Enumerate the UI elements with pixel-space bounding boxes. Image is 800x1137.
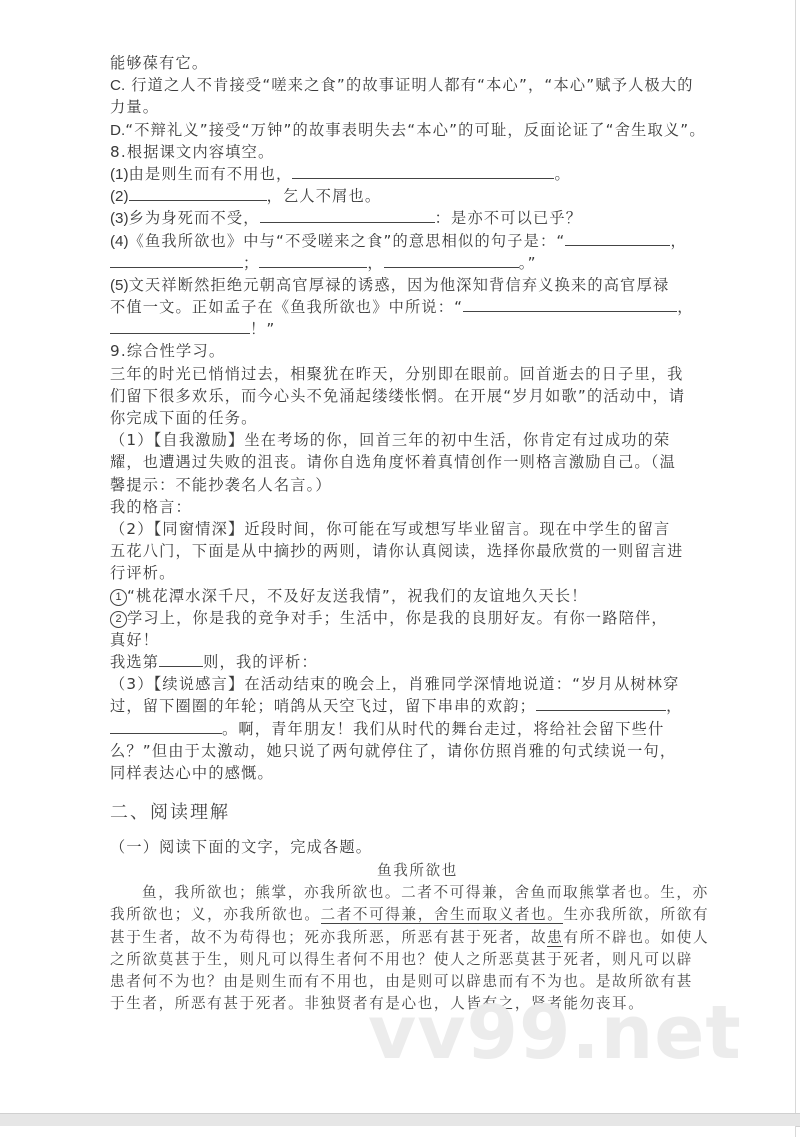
- passage-text: 我所欲也；义，亦我所欲也。: [110, 906, 321, 923]
- task3-text: 。啊，青年朋友！我们从时代的舞台走过，将给社会留下些什: [222, 720, 664, 738]
- document-page: 能够葆有它。 C. 行道之人不肯接受“嗟来之食”的故事证明人都有“本心”，“本心…: [0, 0, 796, 1113]
- option-c: C. 行道之人不肯接受“嗟来之食”的故事证明人都有“本心”，“本心”赋予人极大的: [110, 74, 685, 96]
- next-page-top: [0, 1126, 796, 1137]
- item-text: 《鱼我所欲也》中与“不受嗟来之食”的意思相似的句子是：“: [129, 232, 566, 250]
- question-8-title: 8.根据课文内容填空。: [110, 141, 685, 163]
- previous-option-tail: 能够葆有它。: [110, 52, 685, 74]
- q8-item-5-cont2: ！”: [110, 318, 685, 340]
- option-d: D.“不辩礼义”接受“万钟”的故事表明失去“本心”的可耻，反面论证了“舍生取义”…: [110, 119, 685, 141]
- page-content: 能够葆有它。 C. 行道之人不肯接受“嗟来之食”的故事证明人都有“本心”，“本心…: [110, 52, 685, 1015]
- fill-blank[interactable]: [463, 296, 677, 312]
- separator: ！”: [250, 320, 275, 338]
- q8-item-4: (4)《鱼我所欲也》中与“不受嗟来之食”的意思相似的句子是：“，: [110, 230, 685, 252]
- underlined-word: 患: [547, 929, 563, 947]
- fill-blank[interactable]: [110, 252, 243, 268]
- task3-text: 过，留下圈圈的年轮；哨鸽从天空飞过，留下串串的欢韵；: [110, 697, 536, 715]
- task3-line: （3）【续说感言】在活动结束的晚会上，肖雅同学深情地说道：“岁月从树林穿: [110, 673, 685, 695]
- q8-item-5-cont: 不值一文。正如孟子在《鱼我所欲也》中所说：“，: [110, 296, 685, 318]
- task1-line: （1）【自我激励】坐在考场的你，回首三年的初中生活，你肯定有过成功的荣: [110, 429, 685, 451]
- item-text: ：是亦不可以已乎？: [435, 209, 583, 227]
- choice-text: 则，我的评析：: [203, 653, 318, 671]
- option-label: D.: [110, 122, 125, 139]
- passage-title: 鱼我所欲也: [110, 860, 685, 882]
- sub-heading: （一）阅读下面的文字，完成各题。: [110, 834, 685, 860]
- item-text: ，乞人不屑也。: [267, 187, 382, 205]
- passage-line: 我所欲也；义，亦我所欲也。二者不可得兼，舍生而取义者也。生亦我所欲，所欲有: [110, 904, 685, 926]
- circled-number: 1: [110, 589, 127, 606]
- q8-item-1: (1)由是则生而有不用也，。: [110, 163, 685, 185]
- watermark: vv99.net: [368, 996, 742, 1070]
- task2-line: 行评析。: [110, 562, 685, 584]
- item-text: 乡为身死而不受，: [129, 209, 260, 227]
- choice-blank[interactable]: [159, 651, 203, 667]
- choice-text: 我选第: [110, 653, 159, 671]
- fill-blank[interactable]: [259, 252, 367, 268]
- option-label: C.: [110, 77, 125, 94]
- motto-answer-label: 我的格言：: [110, 496, 685, 518]
- fill-blank[interactable]: [110, 718, 222, 734]
- fill-blank[interactable]: [110, 318, 250, 334]
- passage-line: 之所欲莫甚于生，则凡可以得生者何不用也？使人之所恶莫甚于死者，则凡可以辟: [110, 949, 685, 971]
- fill-blank[interactable]: [129, 185, 267, 201]
- option-c-cont: 力量。: [110, 96, 685, 118]
- task3-line: 同样表达心中的感慨。: [110, 762, 685, 784]
- item-text: 不值一文。正如孟子在《鱼我所欲也》中所说：“: [110, 298, 463, 316]
- task3-line: 过，留下圈圈的年轮；哨鸽从天空飞过，留下串串的欢韵；，: [110, 695, 685, 717]
- item-text: 文天祥断然拒绝元朝高官厚禄的诱惑，因为他深知背信弃义换来的高官厚禄: [129, 276, 670, 294]
- task2-line: 五花八门，下面是从中摘抄的两则，请你认真阅读，选择你最欣赏的一则留言进: [110, 540, 685, 562]
- message-text: 学习上，你是我的竞争对手；生活中，你是我的良朋好友。有你一路陪伴，: [127, 609, 668, 627]
- passage-text: 有所不辟也。如使人: [563, 929, 709, 946]
- q8-item-2: (2)，乞人不屑也。: [110, 185, 685, 207]
- fill-blank[interactable]: [384, 252, 519, 268]
- separator: ，: [367, 254, 383, 272]
- q9-intro-line: 你完成下面的任务。: [110, 407, 685, 429]
- option-text: 行道之人不肯接受“嗟来之食”的故事证明人都有“本心”，“本心”赋予人极大的: [131, 76, 693, 94]
- passage-line: 鱼，我所欲也；熊掌，亦我所欲也。二者不可得兼，舍鱼而取熊掌者也。生，亦: [110, 882, 685, 904]
- q9-intro-line: 三年的时光已悄悄过去，相聚犹在昨天，分别即在眼前。回首逝去的日子里，我: [110, 363, 685, 385]
- item-text: 。: [554, 165, 570, 183]
- item-number: (2): [110, 188, 129, 205]
- option-text: “不辩礼义”接受“万钟”的故事表明失去“本心”的可耻，反面论证了“舍生取义”。: [125, 121, 706, 139]
- separator: ，: [677, 298, 693, 316]
- q9-intro-line: 们留下很多欢乐，而今心头不免涌起缕缕怅惘。在开展“岁月如歌”的活动中，请: [110, 385, 685, 407]
- item-number: (3): [110, 210, 129, 227]
- passage-text: 甚于生者，故不为苟得也；死亦我所恶，所恶有甚于死者，故: [110, 929, 547, 946]
- fill-blank[interactable]: [292, 163, 554, 179]
- fill-blank[interactable]: [260, 207, 435, 223]
- page-separator: [0, 1113, 800, 1127]
- task1-line: 馨提示：不能抄袭名人名言。）: [110, 474, 685, 496]
- passage-line: 甚于生者，故不为苟得也；死亦我所恶，所恶有甚于死者，故患有所不辟也。如使人: [110, 927, 685, 949]
- circled-number: 2: [110, 611, 127, 628]
- task1-line: 耀，也遭遇过失败的沮丧。请你自选角度怀着真情创作一则格言激励自己。（温: [110, 451, 685, 473]
- separator: ；: [243, 254, 259, 272]
- section-heading: 二、阅读理解: [110, 796, 685, 830]
- separator: 。”: [519, 254, 537, 272]
- fill-blank[interactable]: [565, 230, 670, 246]
- item-number: (1): [110, 166, 129, 183]
- item-text: ，: [670, 232, 686, 250]
- passage-text: 生亦我所欲，所欲有: [563, 906, 709, 923]
- q8-item-3: (3)乡为身死而不受，：是亦不可以已乎？: [110, 207, 685, 229]
- fill-blank[interactable]: [536, 695, 666, 711]
- separator: ，: [666, 697, 682, 715]
- message-1: 1“桃花潭水深千尺，不及好友送我情”，祝我们的友谊地久天长！: [110, 585, 685, 607]
- task3-line: 么？”但由于太激动，她只说了两句就停住了，请你仿照肖雅的句式续说一句，: [110, 740, 685, 762]
- message-2-cont: 真好！: [110, 629, 685, 651]
- q8-item-5: (5)文天祥断然拒绝元朝高官厚禄的诱惑，因为他深知背信弃义换来的高官厚禄: [110, 274, 685, 296]
- item-number: (4): [110, 233, 129, 250]
- task2-line: （2）【同窗情深】近段时间，你可能在写或想写毕业留言。现在中学生的留言: [110, 518, 685, 540]
- item-number: (5): [110, 277, 129, 294]
- item-text: 由是则生而有不用也，: [129, 165, 293, 183]
- task3-line: 。啊，青年朋友！我们从时代的舞台走过，将给社会留下些什: [110, 718, 685, 740]
- q8-item-4-cont: ；，。”: [110, 252, 685, 274]
- choice-line: 我选第则，我的评析：: [110, 651, 685, 673]
- underlined-sentence: 二者不可得兼，舍生而取义者也。: [321, 906, 564, 924]
- question-9-title: 9.综合性学习。: [110, 340, 685, 362]
- message-2: 2学习上，你是我的竞争对手；生活中，你是我的良朋好友。有你一路陪伴，: [110, 607, 685, 629]
- message-text: “桃花潭水深千尺，不及好友送我情”，祝我们的友谊地久天长！: [127, 587, 588, 605]
